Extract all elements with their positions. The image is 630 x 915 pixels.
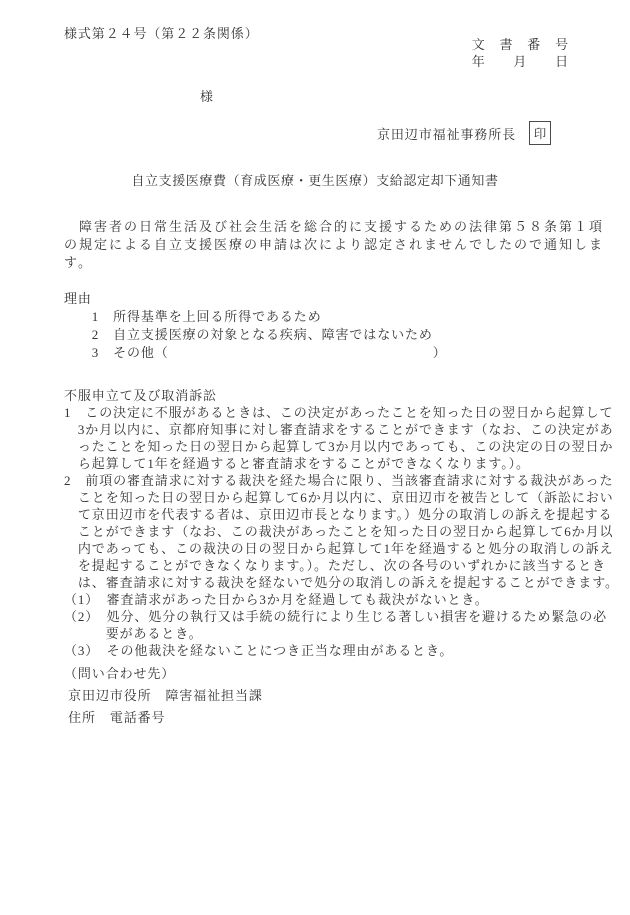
appeal-line: 1 この決定に不服があるときは、この決定があったことを知った日の翌日から起算して (64, 404, 619, 421)
appeal-line: を提起することができなくなります。）。ただし、次の各号のいずれかに該当するとき (64, 557, 619, 574)
appeal-line: ことを知った日の翌日から起算して6か月以内に、京田辺市を被告として（訴訟におい (64, 489, 619, 506)
reason-item: 1 所得基準を上回る所得であるため (64, 308, 447, 326)
appeal-line: は、審査請求に対する裁決を経ないで処分の取消しの訴えを提起することができます。 (64, 574, 619, 591)
appeal-line: 2 前項の審査請求に対する裁決を経た場合に限り、当該審査請求に対する裁決があった (64, 472, 619, 489)
appeal-section: 不服申立て及び取消訴訟 1 この決定に不服があるときは、この決定があったことを知… (64, 387, 619, 659)
document-number-label: 文 書 番 号 (472, 36, 569, 53)
appeal-line: 3か月以内に、京都府知事に対し審査請求をすることができます（なお、この決定があ (64, 421, 619, 438)
reason-items: 1 所得基準を上回る所得であるため 2 自立支援医療の対象となる疾病、障害ではな… (64, 308, 447, 362)
appeal-line: ことができます（なお、この裁決があったことを知った日の翌日から起算して6か月以 (64, 523, 619, 540)
reason-section: 理由 1 所得基準を上回る所得であるため 2 自立支援医療の対象となる疾病、障害… (64, 290, 447, 362)
appeal-line: （3） その他裁決を経ないことにつき正当な理由があるとき。 (64, 642, 619, 659)
appeal-lines: 1 この決定に不服があるときは、この決定があったことを知った日の翌日から起算して… (64, 404, 619, 659)
document-number-block: 文 書 番 号 年 月 日 (472, 36, 569, 70)
appeal-line: ら起算して1年を経過すると審査請求をすることができなくなります。）。 (64, 455, 619, 472)
body-line: す。 (64, 254, 604, 272)
document-page: 様式第２４号（第２２条関係） 文 書 番 号 年 月 日 様 京田辺市福祉事務所… (0, 0, 630, 915)
body-line: 障害者の日常生活及び社会生活を総合的に支援するための法律第５８条第１項 (64, 218, 604, 236)
appeal-line: て京田辺市を代表する者は、京田辺市長となります。）処分の取消しの訴えを提起する (64, 506, 619, 523)
notification-body: 障害者の日常生活及び社会生活を総合的に支援するための法律第５８条第１項の規定によ… (64, 218, 604, 272)
issuer-title: 京田辺市福祉事務所長 (377, 124, 516, 143)
reason-item: 2 自立支援医療の対象となる疾病、障害ではないため (64, 326, 447, 344)
form-number: 様式第２４号（第２２条関係） (64, 23, 259, 42)
contact-line: 京田辺市役所 障害福祉担当課 (64, 685, 263, 707)
addressee-honorific: 様 (200, 86, 214, 105)
appeal-heading: 不服申立て及び取消訴訟 (64, 387, 619, 404)
appeal-line: （1） 審査請求があった日から3か月を経過しても裁決がないとき。 (64, 591, 619, 608)
contact-section: （問い合わせ先） 京田辺市役所 障害福祉担当課 住所 電話番号 (64, 663, 263, 729)
reason-item: 3 その他（ ） (64, 344, 447, 362)
date-label: 年 月 日 (472, 53, 569, 70)
reason-heading: 理由 (64, 290, 447, 308)
appeal-line: 要があるとき。 (64, 625, 619, 642)
appeal-line: 内であっても、この裁決の日の翌日から起算して1年を経過すると処分の取消しの訴え (64, 540, 619, 557)
body-line: の規定による自立支援医療の申請は次により認定されませんでしたので通知しま (64, 236, 604, 254)
contact-heading: （問い合わせ先） (64, 663, 263, 685)
contact-line: 住所 電話番号 (64, 707, 263, 729)
contact-lines: 京田辺市役所 障害福祉担当課 住所 電話番号 (64, 685, 263, 729)
issuer-row: 京田辺市福祉事務所長 印 (377, 121, 551, 145)
appeal-line: ったことを知った日の翌日から起算して3か月以内であっても、この決定の日の翌日か (64, 438, 619, 455)
appeal-line: （2） 処分、処分の執行又は手続の続行により生じる著しい損害を避けるため緊急の必 (64, 608, 619, 625)
seal-stamp-box: 印 (529, 121, 551, 145)
document-title: 自立支援医療費（育成医療・更生医療）支給認定却下通知書 (0, 170, 630, 189)
